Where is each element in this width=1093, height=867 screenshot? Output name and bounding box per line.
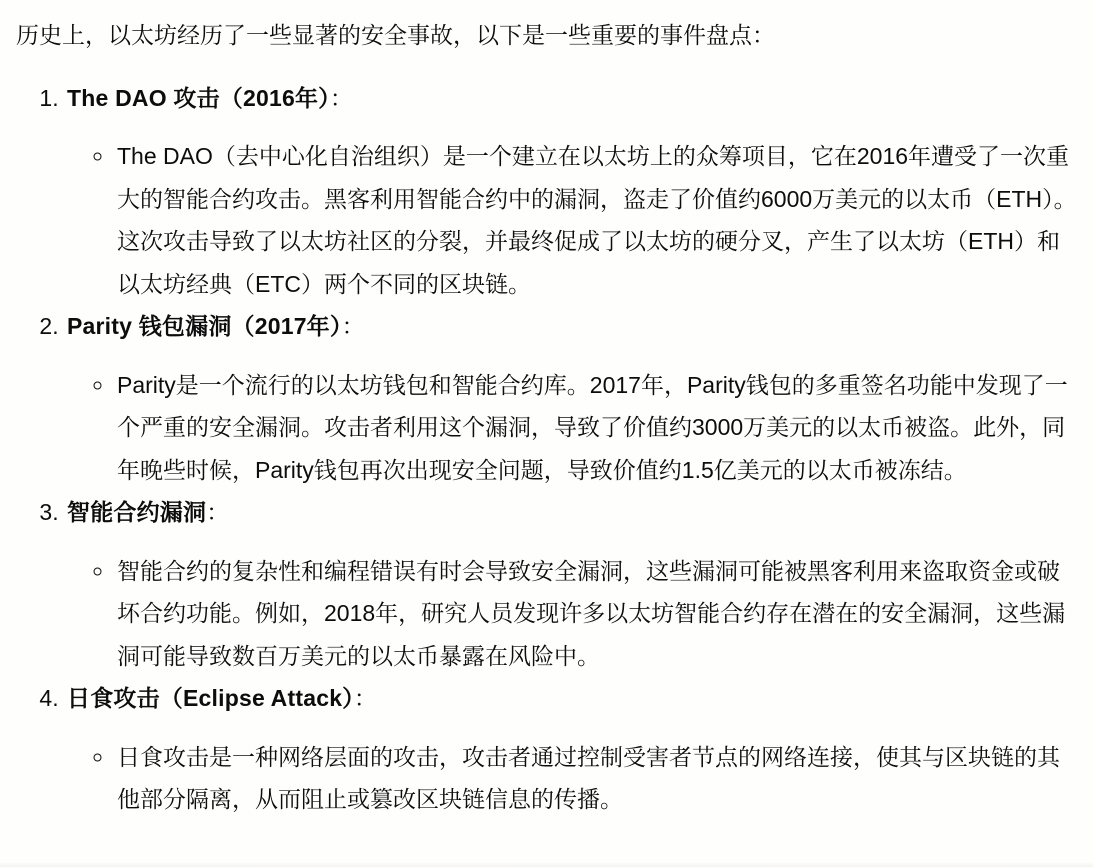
- event-title-colon: ：: [330, 85, 353, 111]
- event-detail-list: Parity是一个流行的以太坊钱包和智能合约库。2017年，Parity钱包的多…: [67, 364, 1077, 492]
- document-body: 历史上，以太坊经历了一些显著的安全事故，以下是一些重要的事件盘点： The DA…: [0, 0, 1093, 867]
- event-title: Parity 钱包漏洞（2017年）: [67, 313, 342, 339]
- event-title: 智能合约漏洞: [67, 499, 206, 525]
- event-item-parity: Parity 钱包漏洞（2017年）： Parity是一个流行的以太坊钱包和智能…: [65, 305, 1077, 491]
- event-title: The DAO 攻击（2016年）: [67, 85, 330, 111]
- event-title-colon: ：: [342, 313, 365, 339]
- event-title: 日食攻击（Eclipse Attack）: [67, 685, 354, 711]
- event-description: The DAO（去中心化自治组织）是一个建立在以太坊上的众筹项目，它在2016年…: [115, 135, 1077, 305]
- event-item-smart-contract: 智能合约漏洞： 智能合约的复杂性和编程错误有时会导致安全漏洞，这些漏洞可能被黑客…: [65, 491, 1077, 677]
- event-description: 智能合约的复杂性和编程错误有时会导致安全漏洞，这些漏洞可能被黑客利用来盗取资金或…: [115, 550, 1077, 678]
- intro-text: 历史上，以太坊经历了一些显著的安全事故，以下是一些重要的事件盘点：: [16, 14, 1077, 57]
- event-detail-list: 智能合约的复杂性和编程错误有时会导致安全漏洞，这些漏洞可能被黑客利用来盗取资金或…: [67, 550, 1077, 678]
- event-item-eclipse: 日食攻击（Eclipse Attack）： 日食攻击是一种网络层面的攻击，攻击者…: [65, 677, 1077, 821]
- event-item-dao: The DAO 攻击（2016年）： The DAO（去中心化自治组织）是一个建…: [65, 77, 1077, 306]
- events-list: The DAO 攻击（2016年）： The DAO（去中心化自治组织）是一个建…: [16, 77, 1077, 821]
- event-title-colon: ：: [354, 685, 377, 711]
- bottom-edge-shadow: [0, 862, 1093, 867]
- event-description: Parity是一个流行的以太坊钱包和智能合约库。2017年，Parity钱包的多…: [115, 364, 1077, 492]
- event-description: 日食攻击是一种网络层面的攻击，攻击者通过控制受害者节点的网络连接，使其与区块链的…: [115, 736, 1077, 821]
- event-detail-list: 日食攻击是一种网络层面的攻击，攻击者通过控制受害者节点的网络连接，使其与区块链的…: [67, 736, 1077, 821]
- event-title-colon: ：: [206, 499, 229, 525]
- event-detail-list: The DAO（去中心化自治组织）是一个建立在以太坊上的众筹项目，它在2016年…: [67, 135, 1077, 305]
